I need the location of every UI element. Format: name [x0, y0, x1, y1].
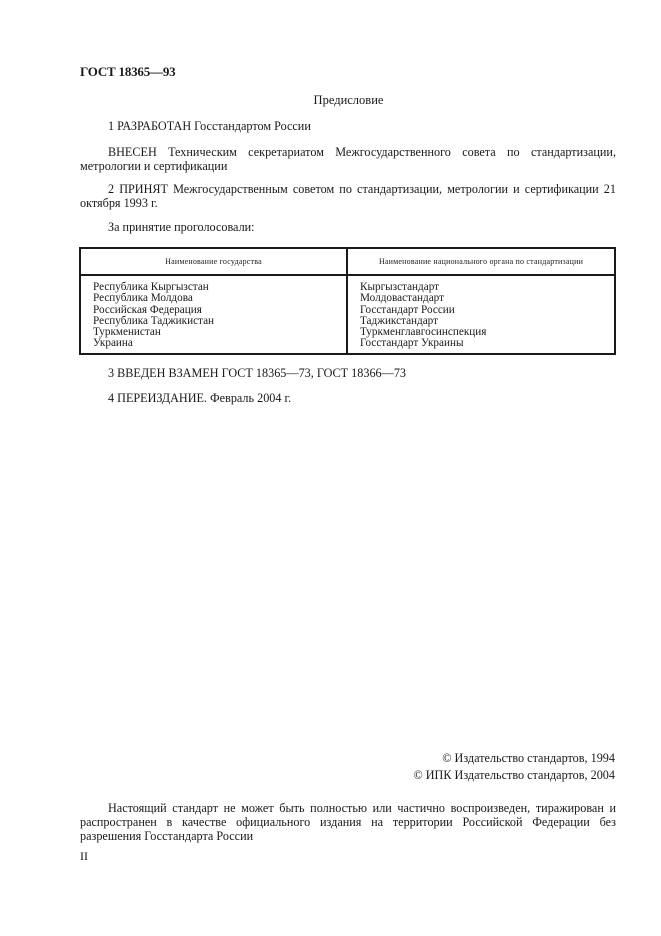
state-name: Украина: [93, 338, 334, 349]
copyright-line-1994: © Издательство стандартов, 1994: [442, 751, 615, 765]
document-code: ГОСТ 18365—93: [80, 64, 175, 80]
header-state: Наименование государства: [80, 248, 347, 275]
paragraph-voted-intro: За принятие проголосовали:: [80, 220, 616, 234]
reproduction-notice: Настоящий стандарт не может быть полност…: [80, 801, 616, 843]
paragraph-developed: 1 РАЗРАБОТАН Госстандартом России: [80, 119, 616, 133]
bodies-cell: Кыргызстандарт Молдовастандарт Госстанда…: [347, 275, 615, 354]
vote-table: Наименование государства Наименование на…: [79, 247, 616, 355]
standards-body-name: Молдовастандарт: [360, 293, 602, 304]
standards-body-name: Госстандарт Украины: [360, 338, 602, 349]
header-body: Наименование национального органа по ста…: [347, 248, 615, 275]
table-row: Республика Кыргызстан Республика Молдова…: [80, 275, 615, 354]
states-cell: Республика Кыргызстан Республика Молдова…: [80, 275, 347, 354]
paragraph-replaces: 3 ВВЕДЕН ВЗАМЕН ГОСТ 18365—73, ГОСТ 1836…: [80, 366, 616, 380]
page-number: II: [80, 849, 88, 864]
state-name: Республика Молдова: [93, 293, 334, 304]
table-header-row: Наименование государства Наименование на…: [80, 248, 615, 275]
paragraph-reissue: 4 ПЕРЕИЗДАНИЕ. Февраль 2004 г.: [80, 391, 616, 405]
section-title: Предисловие: [0, 93, 661, 108]
copyright-line-2004: © ИПК Издательство стандартов, 2004: [413, 768, 615, 782]
paragraph-introduced: ВНЕСЕН Техническим секретариатом Межгосу…: [80, 145, 616, 173]
paragraph-adopted: 2 ПРИНЯТ Межгосударственным советом по с…: [80, 182, 616, 210]
